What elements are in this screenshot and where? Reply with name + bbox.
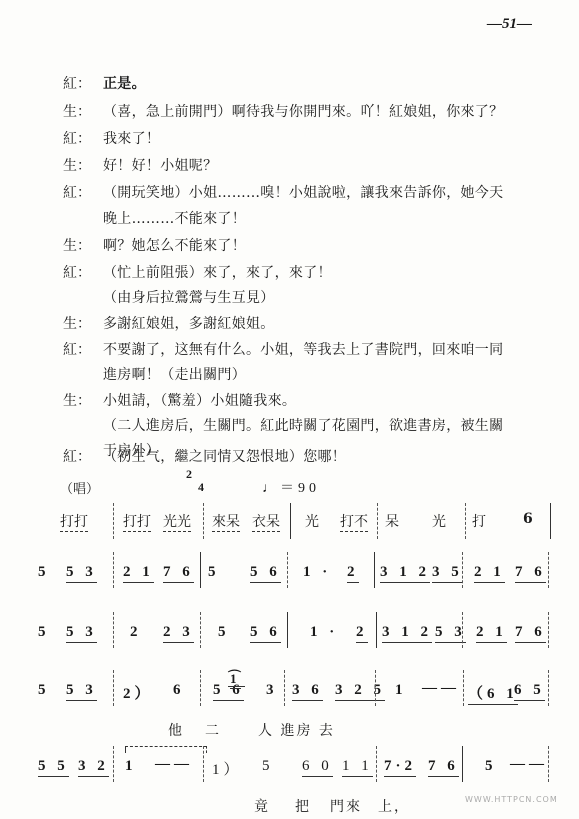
- note: 5: [262, 758, 274, 775]
- speaker: 紅：: [63, 446, 93, 466]
- bar-line: [113, 746, 114, 782]
- note: 1）: [212, 758, 243, 779]
- bar-line: [463, 670, 464, 706]
- note-group: 2 1: [476, 624, 507, 643]
- note-group: 3 5: [432, 564, 463, 583]
- time-sig-top: 2: [186, 467, 192, 481]
- time-sig-bottom: 4: [198, 481, 204, 494]
- dialogue-text: 多謝紅娘姐，多謝紅娘姐。: [103, 313, 275, 333]
- note: 5: [38, 624, 50, 641]
- note: 1: [395, 682, 407, 699]
- lyric: 門來: [330, 796, 362, 816]
- note: 5: [38, 682, 50, 699]
- bar-line: [200, 612, 201, 648]
- bar-line: [462, 552, 463, 588]
- note: 2）: [123, 682, 154, 703]
- bar-line: [287, 552, 288, 588]
- note: 5: [208, 564, 220, 581]
- dialogue-text: 啊？她怎么不能來了！: [103, 235, 246, 255]
- bar-line: [548, 612, 549, 648]
- stage-direction: （二人進房后，生關門。紅此時關了花園門，欲進書房，被生關: [103, 415, 503, 435]
- bar-line: [548, 670, 549, 706]
- speaker: 生：: [63, 313, 93, 333]
- speaker: 生：: [63, 390, 93, 410]
- sustain-dash: ——: [510, 756, 548, 773]
- note-group: （6 1: [468, 682, 518, 705]
- speaker: 生：: [63, 235, 93, 255]
- bar-line: [284, 670, 285, 706]
- lyric: 二: [205, 720, 221, 740]
- note-group: 7 6: [515, 564, 546, 583]
- tempo-marking: ♩＝90: [262, 477, 320, 497]
- dialogue-text: 我來了！: [103, 128, 160, 148]
- lyric: 他: [168, 720, 184, 740]
- dialogue-text: （初生气，繼之同情又怨恨地）您哪！: [103, 446, 346, 466]
- perc-syllable: 打打: [60, 511, 88, 532]
- note-group: 3 6: [292, 682, 323, 701]
- perc-syllable: 呆: [385, 511, 399, 531]
- perc-syllable: 來呆: [212, 511, 240, 532]
- perc-syllable: 6: [523, 511, 533, 527]
- bar-line: [113, 552, 114, 588]
- note: 2: [356, 624, 368, 643]
- dialogue-text: 小姐請，（驚羞）小姐隨我來。: [103, 390, 296, 410]
- watermark: WWW.HTTPCN.COM: [465, 795, 558, 804]
- note-group: 5 5: [38, 758, 69, 777]
- sing-label: （唱）: [60, 478, 99, 497]
- note-group: 5 3: [66, 682, 97, 701]
- bar-line: [200, 552, 201, 588]
- sustain-dash: ——: [422, 680, 460, 697]
- speaker: 紅：: [63, 128, 93, 148]
- note: 2: [347, 564, 359, 583]
- note: 1 ·: [310, 624, 338, 641]
- bar-line: [550, 503, 551, 539]
- speaker: 紅：: [63, 73, 93, 93]
- note: 1 ·: [303, 564, 331, 581]
- notation-row-3: 5 5 3 2） 6 5 6 ⌒ 1 3 3 6 3 2 5 1 —— （6 1…: [0, 676, 579, 716]
- bar-line: [548, 746, 549, 782]
- volta-bracket: [125, 746, 207, 753]
- bar-line: [376, 612, 377, 648]
- note: 1: [125, 758, 137, 775]
- perc-syllable: 光: [305, 511, 319, 531]
- notation-row-4: 5 5 3 2 1 —— 1） 5 6 0 1 1 7·2 7 6 5 ——: [0, 752, 579, 792]
- bar-line: [287, 612, 288, 648]
- note: 2: [130, 624, 142, 641]
- notation-row-1: 5 5 3 2 1 7 6 5 5 6 1 · 2 3 1 2 3 5 2 1 …: [0, 558, 579, 598]
- note-group: 5 3: [66, 624, 97, 643]
- page-number: —51—: [487, 16, 532, 33]
- dialogue-text: （忙上前阻張）來了，來了，來了！: [103, 262, 332, 282]
- note-group: 5 3: [66, 564, 97, 583]
- note: 6: [173, 682, 185, 699]
- bar-line: [200, 670, 201, 706]
- note-group: 2 1: [123, 564, 154, 583]
- lyric: 竟: [254, 796, 270, 816]
- note-group: 7 6: [163, 564, 194, 583]
- note-group: 1 1: [342, 758, 373, 777]
- bar-line: [374, 552, 375, 588]
- note-group: 6 5: [514, 682, 545, 701]
- note-group: 5 6: [250, 564, 281, 583]
- bar-line: [203, 746, 204, 782]
- note: 5: [218, 624, 230, 641]
- dialogue-text: （開玩笑地）小姐………嗅！小姐說啦，讓我來告訴你，她今天: [103, 182, 503, 202]
- note-group: 5 6: [250, 624, 281, 643]
- notation-row-2: 5 5 3 2 2 3 5 5 6 1 · 2 3 1 2 5 3 2 1 7 …: [0, 618, 579, 658]
- dialogue-text: （喜，急上前開門）啊待我与你開門來。吖！紅娘姐，你來了？: [103, 101, 503, 121]
- grace-note: 1: [230, 671, 241, 689]
- note-group: 3 1 2: [380, 564, 430, 583]
- bar-line: [203, 503, 204, 539]
- note: 3: [266, 682, 278, 699]
- perc-syllable: 打打: [123, 511, 151, 532]
- bar-line: [113, 612, 114, 648]
- bar-line: [465, 503, 466, 539]
- time-signature: 2 4: [186, 468, 204, 494]
- lyric: 人 進房 去: [258, 720, 335, 740]
- speaker: 紅：: [63, 339, 93, 359]
- bar-line: [548, 552, 549, 588]
- lyric: 上，: [378, 796, 410, 816]
- note-group: 6 0: [302, 758, 333, 777]
- bar-line: [290, 503, 291, 539]
- dialogue-text: 正是。: [103, 73, 146, 93]
- bar-line: [113, 670, 114, 706]
- note-group: 7 6: [428, 758, 459, 777]
- note-group: 3 2: [78, 758, 109, 777]
- bar-line: [375, 670, 376, 706]
- perc-syllable: 光: [432, 511, 446, 531]
- perc-syllable: 打不: [340, 511, 368, 532]
- dialogue-text: 不要謝了，这無有什么。小姐，等我去上了書院門，回來咱一同: [103, 339, 503, 359]
- speaker: 生：: [63, 101, 93, 121]
- note-group: 3 2 5: [335, 682, 385, 701]
- perc-syllable: 衣呆: [252, 511, 280, 532]
- percussion-row: 打打 打打 光光 來呆 衣呆 光 打不 呆 光 打 6: [0, 503, 579, 543]
- bar-line: [376, 746, 377, 782]
- speaker: 紅：: [63, 262, 93, 282]
- bar-line: [462, 746, 463, 782]
- sustain-dash: ——: [155, 756, 193, 773]
- speaker: 生：: [63, 155, 93, 175]
- bar-line: [113, 503, 114, 539]
- note-group: 2 3: [163, 624, 194, 643]
- note-group: 7 6: [515, 624, 546, 643]
- bar-line: [462, 612, 463, 648]
- note-group: 2 1: [474, 564, 505, 583]
- stage-direction: （由身后拉鶯鶯与生互見）: [103, 287, 275, 307]
- dialogue-text: 晚上………不能來了！: [103, 208, 246, 228]
- perc-syllable: 打: [472, 511, 486, 531]
- lyric: 把: [295, 796, 311, 816]
- bar-line: [377, 503, 378, 539]
- note: 5: [485, 758, 497, 775]
- note: 5: [38, 564, 50, 581]
- speaker: 紅：: [63, 182, 93, 202]
- dialogue-text: 好！好！小姐呢？: [103, 155, 217, 175]
- note-group: 7·2: [384, 758, 416, 777]
- note-group: 3 1 2: [382, 624, 432, 643]
- perc-syllable: 光光: [163, 511, 191, 532]
- dialogue-text: 進房啊！（走出關門）: [103, 364, 246, 384]
